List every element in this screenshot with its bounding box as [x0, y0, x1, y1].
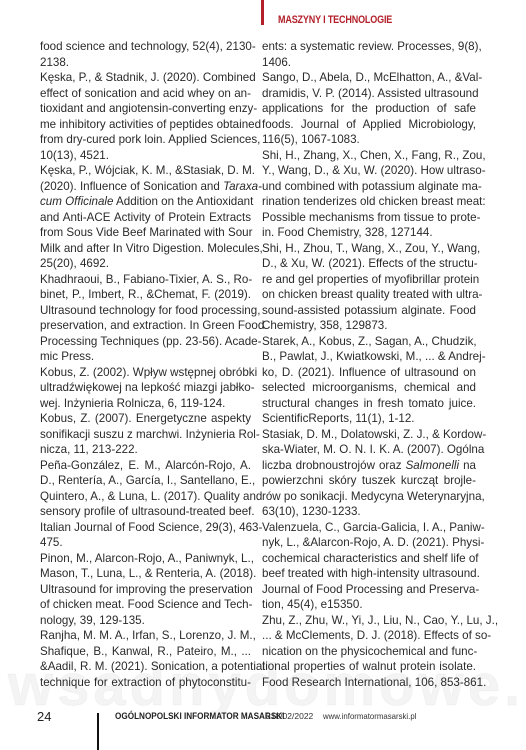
reference-line: 63(10), 1230-1233. — [262, 504, 476, 520]
publication-url[interactable]: www.informatormasarski.pl — [323, 711, 416, 721]
reference-line: food science and technology, 52(4), 2130… — [40, 39, 251, 55]
reference-line: Ranjha, M. M. A., Irfan, S., Lorenzo, J.… — [40, 628, 251, 644]
reference-line: me inhibitory activities of peptides obt… — [40, 117, 251, 133]
reference-line: ultradźwiękowej na lepkość miazgi jabłko… — [40, 380, 251, 396]
reference-line: &Aadil, R. M. (2021). Sonication, a pote… — [40, 659, 251, 675]
reference-line: cochemical characteristics and shelf lif… — [262, 551, 476, 567]
reference-line: structural changes in fresh tomato juice… — [262, 396, 476, 412]
reference-line: foods. Journal of Applied Microbiology, — [262, 117, 476, 133]
reference-line: Ultrasound for improving the preservatio… — [40, 582, 251, 598]
reference-line: Quintero, A., & Luna, L. (2017). Quality… — [40, 489, 251, 505]
reference-line: applications for the production of safe — [262, 101, 476, 117]
reference-line: D., & Xu, W. (2021). Effects of the stru… — [262, 256, 476, 272]
reference-line: D., Rentería, A., García, I., Santellano… — [40, 473, 251, 489]
reference-line: rination tenderizes old chicken breast m… — [262, 194, 476, 210]
reference-line: 475. — [40, 535, 251, 551]
issue-number: 318/02/2022 — [266, 711, 313, 721]
page-number: 24 — [37, 709, 51, 724]
reference-line: Shi, H., Zhou, T., Wang, X., Zou, Y., Wa… — [262, 241, 476, 257]
reference-line: ska-Wiater, M. O. N. I. K. A. (2007). Og… — [262, 442, 476, 458]
reference-line: 2138. — [40, 55, 251, 71]
reference-line: ... & McClements, D. J. (2018). Effects … — [262, 628, 476, 644]
reference-line: tional properties of walnut protein isol… — [262, 659, 476, 675]
reference-line: wej. Inżynieria Rolnicza, 6, 119-124. — [40, 396, 251, 412]
reference-line: rów po sonikacji. Medycyna Weterynaryjna… — [262, 489, 476, 505]
reference-line: Shi, H., Zhang, X., Chen, X., Fang, R., … — [262, 148, 476, 164]
reference-line: Peña-González, E. M., Alarcón-Rojo, A. — [40, 458, 251, 474]
reference-line: Valenzuela, C., Garcia-Galicia, I. A., P… — [262, 520, 476, 536]
reference-line: effect of sonication and acid whey on an… — [40, 86, 251, 102]
reference-line: 116(5), 1067-1083. — [262, 132, 476, 148]
reference-line: sound-assisted potassium alginate. Food — [262, 303, 476, 319]
reference-line: Kęska, P., Wójciak, K. M., &Stasiak, D. … — [40, 163, 251, 179]
reference-line: Journal of Food Processing and Preserva- — [262, 582, 476, 598]
reference-line: mic Press. — [40, 349, 251, 365]
reference-line: B., Pawlat, J., Kwiatkowski, M., ... & A… — [262, 349, 476, 365]
header-accent-bar — [261, 0, 264, 25]
reference-line: preservation, and extraction. In Green F… — [40, 318, 251, 334]
reference-line: Mason, T., Luna, L., & Renteria, A. (201… — [40, 566, 251, 582]
reference-line: Food Research International, 106, 853-86… — [262, 675, 476, 691]
reference-line: on chicken breast quality treated with u… — [262, 287, 476, 303]
reference-line: nology, 39, 129-135. — [40, 613, 251, 629]
reference-line: powierzchni skóry tuszek kurcząt brojle- — [262, 473, 476, 489]
reference-line: Kobus, Z. (2002). Wpływ wstępnej obróbki — [40, 365, 251, 381]
footer-divider — [97, 713, 99, 750]
references-column-left: food science and technology, 52(4), 2130… — [40, 39, 251, 690]
reference-line: sensory profile of ultrasound-treated be… — [40, 504, 251, 520]
reference-line: Possible mechanisms from tissue to prote… — [262, 210, 476, 226]
reference-line: Kęska, P., & Stadnik, J. (2020). Combine… — [40, 70, 251, 86]
reference-line: Kobus, Z. (2007). Energetyczne aspekty — [40, 411, 251, 427]
reference-line: Milk and after In Vitro Digestion. Molec… — [40, 241, 251, 257]
reference-line: of chicken meat. Food Science and Tech- — [40, 597, 251, 613]
reference-line: Pinon, M., Alarcon-Rojo, A., Paniwnyk, L… — [40, 551, 251, 567]
reference-line: selected microorganisms, chemical and — [262, 380, 476, 396]
reference-line: Italian Journal of Food Science, 29(3), … — [40, 520, 251, 536]
reference-line: re and gel properties of myofibrillar pr… — [262, 272, 476, 288]
reference-line: dramidis, V. P. (2014). Assisted ultraso… — [262, 86, 476, 102]
reference-line: Y., Wang, D., & Xu, W. (2020). How ultra… — [262, 163, 476, 179]
references-column-right: ents: a systematic review. Processes, 9(… — [262, 39, 476, 690]
reference-line: sonifikacji suszu z marchwi. Inżynieria … — [40, 427, 251, 443]
reference-line: Chemistry, 358, 129873. — [262, 318, 476, 334]
reference-line: Shafique, B., Kanwal, R., Pateiro, M., .… — [40, 644, 251, 660]
reference-line: tion, 45(4), e15350. — [262, 597, 476, 613]
reference-line: from Sous Vide Beef Marinated with Sour — [40, 225, 251, 241]
reference-line: nyk, L., &Alarcon-Rojo, A. D. (2021). Ph… — [262, 535, 476, 551]
reference-line: in. Food Chemistry, 328, 127144. — [262, 225, 476, 241]
reference-line: Starek, A., Kobus, Z., Sagan, A., Chudzi… — [262, 334, 476, 350]
reference-line: (2020). Influence of Sonication and Tara… — [40, 179, 251, 195]
reference-line: ents: a systematic review. Processes, 9(… — [262, 39, 476, 55]
reference-line: Processing Techniques (pp. 23-56). Acade… — [40, 334, 251, 350]
reference-line: cum Officinale Addition on the Antioxida… — [40, 194, 251, 210]
reference-line: Ultrasound technology for food processin… — [40, 303, 251, 319]
reference-line: ko, D. (2021). Influence of ultrasound o… — [262, 365, 476, 381]
reference-line: and Anti-ACE Activity of Protein Extract… — [40, 210, 251, 226]
document-page: MASZYNY I TECHNOLOGIE wsadnydomowe.pl fo… — [0, 0, 526, 750]
reference-line: tioxidant and angiotensin-converting enz… — [40, 101, 251, 117]
reference-line: und combined with potassium alginate ma- — [262, 179, 476, 195]
publication-name: OGÓLNOPOLSKI INFORMATOR MASARSKI — [115, 711, 284, 722]
reference-line: 1406. — [262, 55, 476, 71]
reference-line: from dry-cured pork loin. Applied Scienc… — [40, 132, 251, 148]
reference-line: Stasiak, D. M., Dolatowski, Z. J., & Kor… — [262, 427, 476, 443]
reference-line: liczba drobnoustrojów oraz Salmonelli na — [262, 458, 476, 474]
reference-line: technique for extraction of phytoconstit… — [40, 675, 251, 691]
reference-line: ScientificReports, 11(1), 1-12. — [262, 411, 476, 427]
reference-line: 10(13), 4521. — [40, 148, 251, 164]
reference-line: Sango, D., Abela, D., McElhatton, A., &V… — [262, 70, 476, 86]
reference-line: nicza, 11, 213-222. — [40, 442, 251, 458]
reference-line: 25(20), 4692. — [40, 256, 251, 272]
reference-line: binet, P., Imbert, R., &Chemat, F. (2019… — [40, 287, 251, 303]
reference-line: nication on the physicochemical and func… — [262, 644, 476, 660]
reference-line: Khadhraoui, B., Fabiano-Tixier, A. S., R… — [40, 272, 251, 288]
section-title: MASZYNY I TECHNOLOGIE — [278, 14, 392, 26]
reference-line: beef treated with high-intensity ultraso… — [262, 566, 476, 582]
reference-line: Zhu, Z., Zhu, W., Yi, J., Liu, N., Cao, … — [262, 613, 476, 629]
